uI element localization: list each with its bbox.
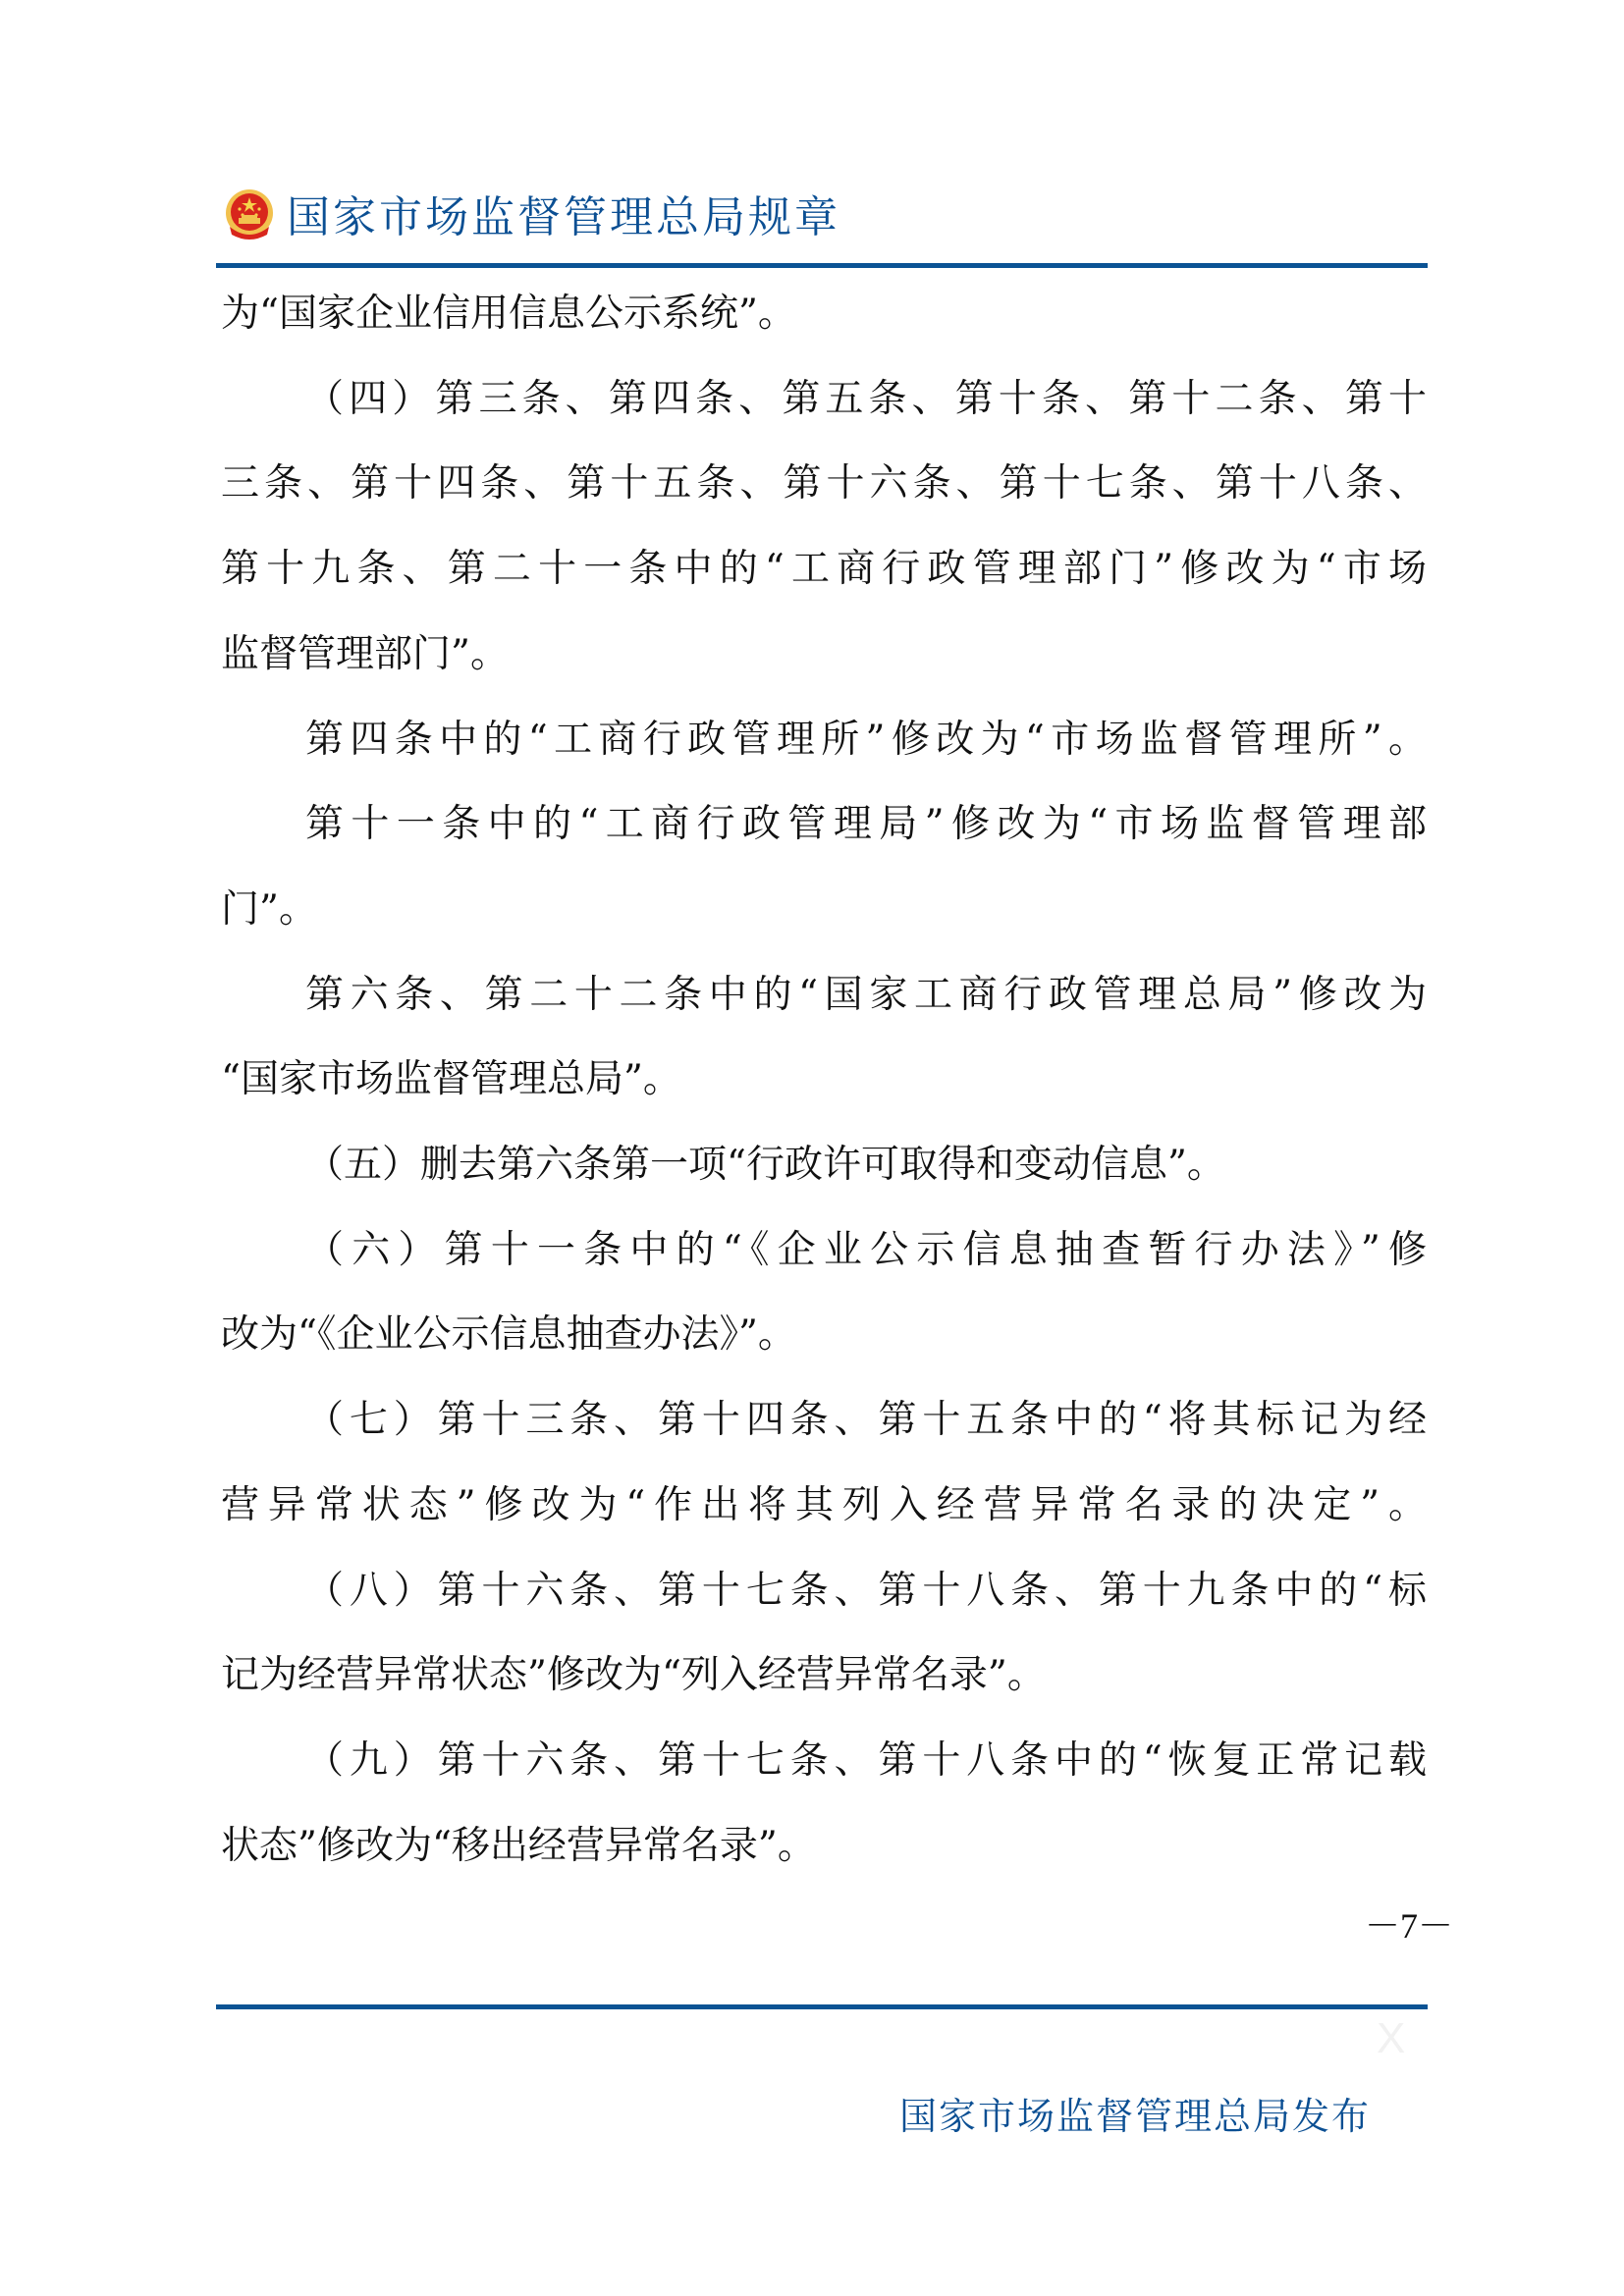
paragraph-line: （四）第三条、第四条、第五条、第十条、第十二条、第十 xyxy=(221,370,1427,429)
page-number: －7－ xyxy=(1365,1904,1428,1948)
paragraph-line: 状态”修改为“移出经营异常名录”。 xyxy=(221,1817,1427,1876)
paragraph-line: 第十九条、第二十一条中的“工商行政管理部门”修改为“市场 xyxy=(221,540,1427,599)
paragraph-line: 改为“《企业公示信息抽查办法》”。 xyxy=(221,1306,1427,1364)
paragraph-line: “国家市场监督管理总局”。 xyxy=(221,1050,1427,1109)
paragraph-line: 第十一条中的“工商行政管理局”修改为“市场监督管理部 xyxy=(221,795,1427,854)
paragraph-line: 监督管理部门”。 xyxy=(221,625,1427,684)
paragraph-line: （六）第十一条中的“《企业公示信息抽查暂行办法》”修 xyxy=(221,1221,1427,1280)
watermark-mark: X xyxy=(1377,2014,1405,2063)
header-divider xyxy=(216,263,1428,268)
paragraph-line: 第六条、第二十二条中的“国家工商行政管理总局”修改为 xyxy=(221,966,1427,1025)
paragraph-line: 营异常状态”修改为“作出将其列入经营异常名录的决定”。 xyxy=(221,1476,1427,1535)
footer-publisher: 国家市场监督管理总局发布 xyxy=(899,2091,1371,2142)
header-title: 国家市场监督管理总局规章 xyxy=(287,190,840,245)
paragraph-line: 记为经营异常状态”修改为“列入经营异常名录”。 xyxy=(221,1646,1427,1705)
paragraph-line: （八）第十六条、第十七条、第十八条、第十九条中的“标 xyxy=(221,1562,1427,1621)
paragraph-line: （七）第十三条、第十四条、第十五条中的“将其标记为经 xyxy=(221,1391,1427,1450)
footer-divider xyxy=(216,2004,1428,2009)
paragraph-line: 三条、第十四条、第十五条、第十六条、第十七条、第十八条、 xyxy=(221,454,1427,513)
paragraph-line: 为“国家企业信用信息公示系统”。 xyxy=(221,285,1427,344)
paragraph-line: 门”。 xyxy=(221,881,1427,939)
paragraph-line: （五）删去第六条第一项“行政许可取得和变动信息”。 xyxy=(221,1136,1427,1195)
paragraph-line: 第四条中的“工商行政管理所”修改为“市场监督管理所”。 xyxy=(221,711,1427,770)
paragraph-line: （九）第十六条、第十七条、第十八条中的“恢复正常记载 xyxy=(221,1732,1427,1790)
national-emblem-icon xyxy=(222,187,277,242)
